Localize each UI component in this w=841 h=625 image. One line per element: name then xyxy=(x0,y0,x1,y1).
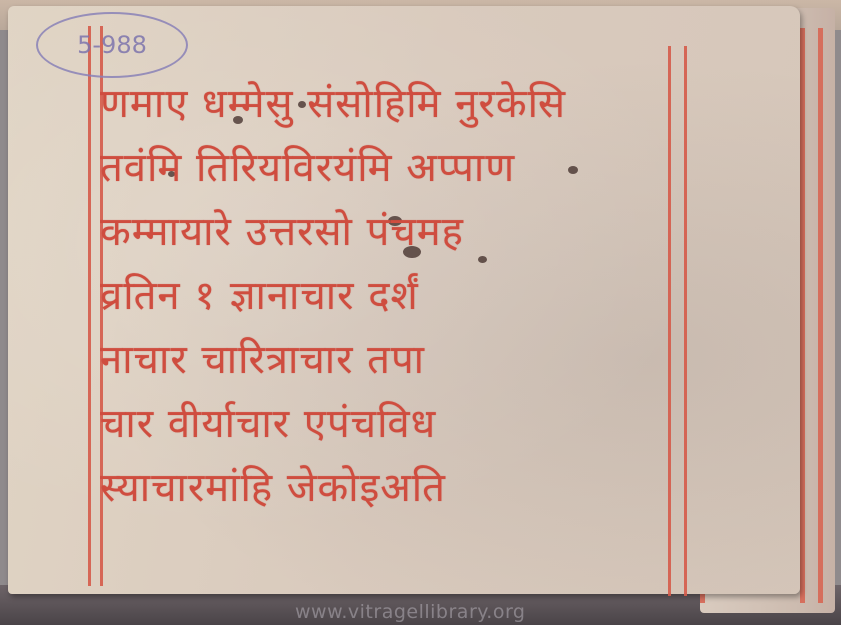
left-margin-rule xyxy=(88,26,91,586)
library-stamp: 5-988 xyxy=(36,12,188,78)
right-margin-rule xyxy=(668,46,671,596)
watermark: www.vitragellibrary.org xyxy=(295,601,526,623)
text-line: व्रतिन १ ज्ञानाचार दर्शं xyxy=(100,264,665,328)
back-margin-rule xyxy=(818,28,823,603)
text-line: चार वीर्याचार एपंचविध xyxy=(100,392,665,456)
text-line: कम्मायारे उत्तरसो पंचमह xyxy=(100,200,665,264)
text-line: स्याचारमांहि जेकोइअति xyxy=(100,456,665,520)
text-line: तवंमि तिरियविरयंमि अप्पाण xyxy=(100,136,665,200)
manuscript-text: णमाए धम्मेसु संसोहिमि नुरकेसि तवंमि तिरि… xyxy=(100,72,665,520)
manuscript-photo: १६ 5-988 णमाए धम्मेसु संसोहिमि नुरकेसि त… xyxy=(0,0,841,625)
stamp-number: 5-988 xyxy=(77,31,147,59)
text-line: णमाए धम्मेसु संसोहिमि नुरकेसि xyxy=(100,72,665,136)
right-margin-rule xyxy=(684,46,687,596)
back-margin-rule xyxy=(800,28,805,603)
text-line: नाचार चारित्राचार तपा xyxy=(100,328,665,392)
